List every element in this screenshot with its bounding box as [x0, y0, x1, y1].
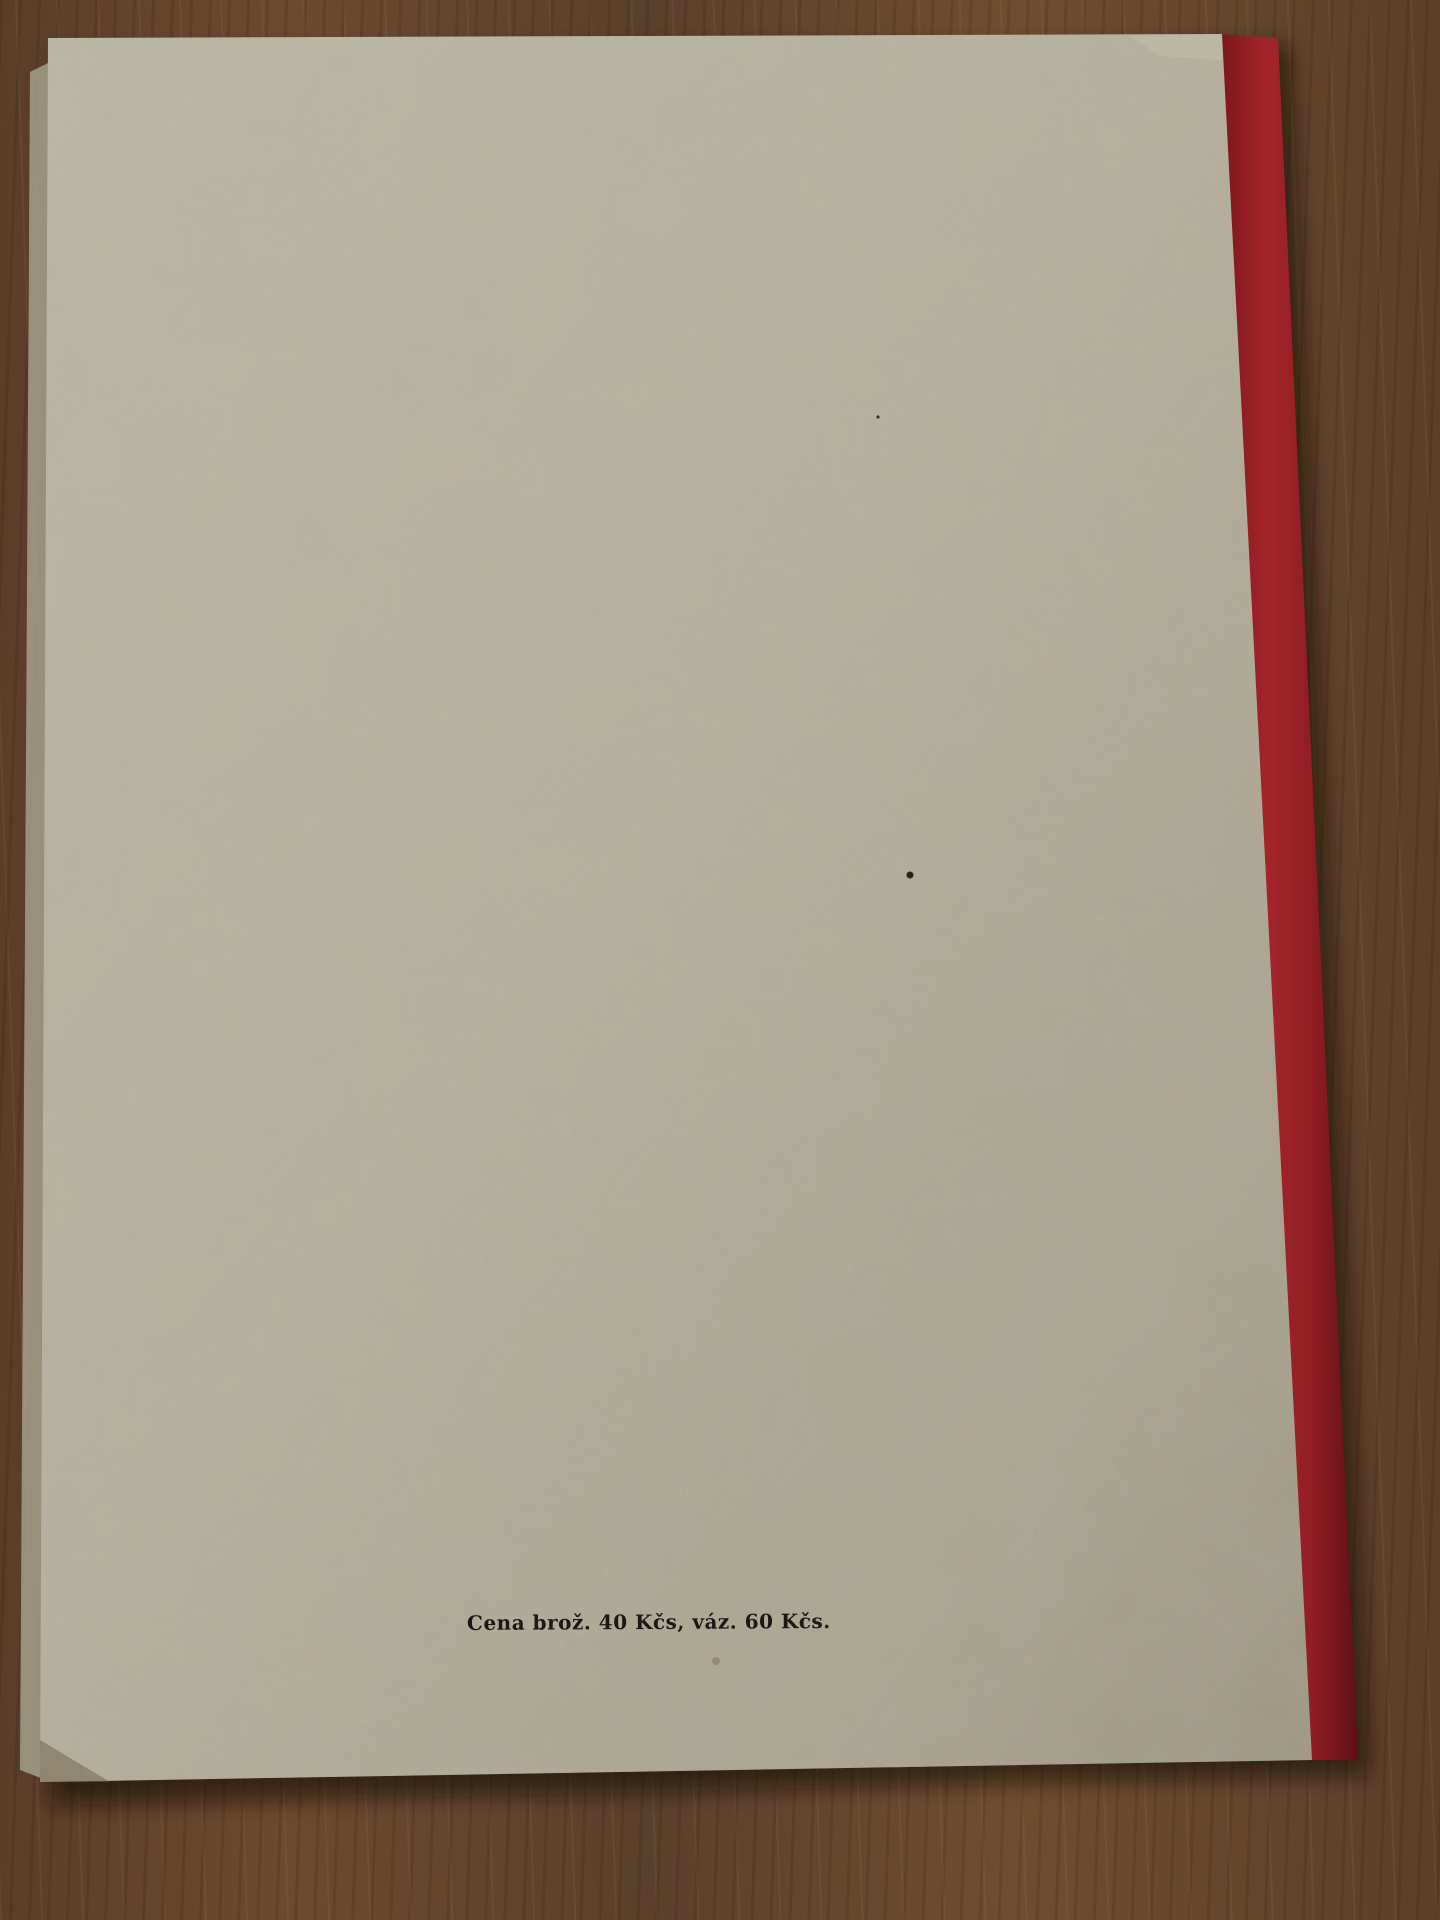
speck	[907, 872, 914, 879]
paper-texture	[40, 34, 1312, 1782]
stain	[712, 1657, 720, 1665]
price-text: Cena brož. 40 Kčs, váz. 60 Kčs.	[467, 1609, 831, 1635]
speck	[876, 415, 879, 418]
